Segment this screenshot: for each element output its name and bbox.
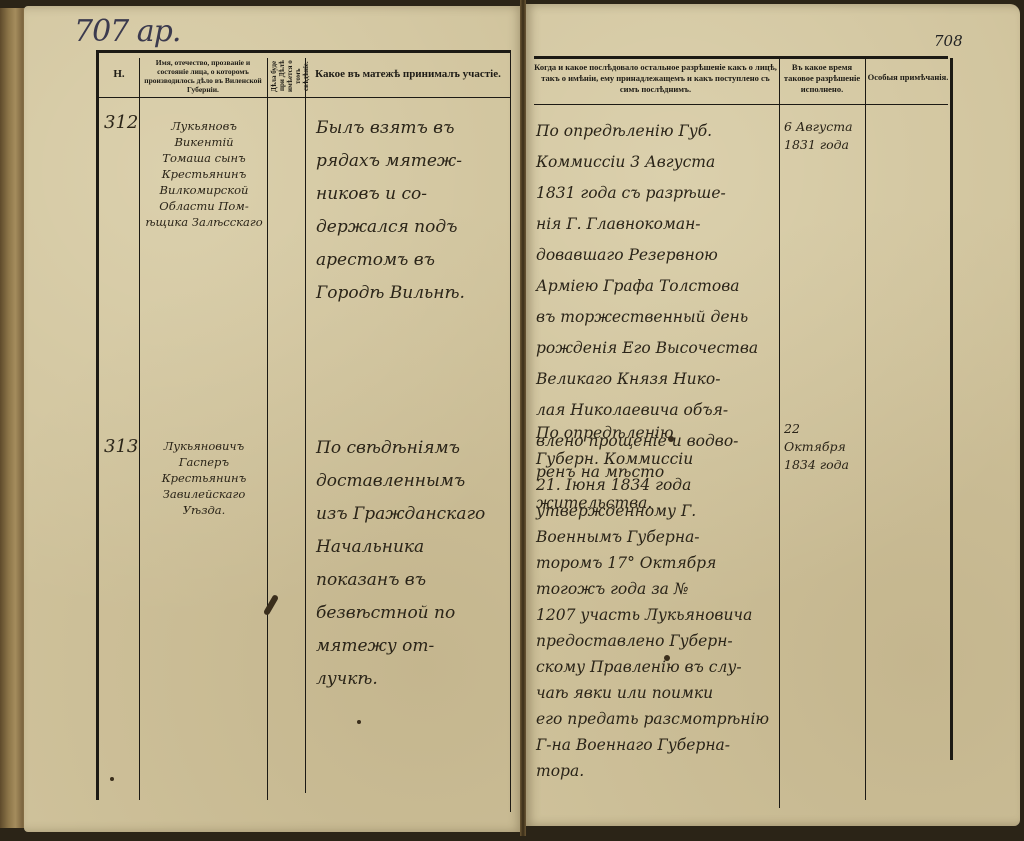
ink-dot bbox=[668, 436, 674, 442]
header-remarks: Особыя примѣчанiя. bbox=[867, 72, 949, 83]
row-312-participation: Былъ взятъ въ рядахъ мятеж- никовъ и со-… bbox=[316, 112, 510, 310]
header-decision: Когда и какое послѣдовало остальное разр… bbox=[534, 62, 777, 95]
col-divider-4 bbox=[779, 58, 780, 808]
ink-dot bbox=[664, 655, 670, 661]
folio-number-left: 707 ap. bbox=[74, 14, 180, 49]
book-gutter bbox=[520, 0, 526, 836]
header-bottom-rule-right bbox=[534, 104, 948, 105]
header-number: Н. bbox=[100, 68, 138, 81]
row-312-person: Лукьяновъ Викентiй Томаша сынъ Крестьяни… bbox=[142, 118, 266, 230]
header-case-info: Дѣла буде при Дѣлѣ имѣется о томъ свѣдѣн… bbox=[270, 56, 302, 96]
ink-dot bbox=[357, 720, 361, 724]
row-312-executed-when: 6 Августа 1831 года bbox=[784, 118, 864, 154]
header-executed-when: Въ какое время таковое разрѣшенiе исполн… bbox=[781, 62, 863, 95]
ink-dot bbox=[110, 777, 114, 781]
col-divider-3 bbox=[305, 58, 306, 793]
row-312-number: 312 bbox=[104, 112, 138, 133]
header-person: Имя, отечество, прозванiе и состоянiе ли… bbox=[142, 58, 264, 94]
row-313-person: Лукьяновичъ Гасперъ Крестьянинъ Завилейс… bbox=[142, 438, 266, 518]
row-313-number: 313 bbox=[104, 436, 138, 457]
col-divider-1 bbox=[139, 58, 140, 800]
header-top-rule-left bbox=[98, 50, 510, 53]
row-313-decision: По опредѣленiю Губерн. Коммиссiи 21. Iюн… bbox=[536, 420, 779, 784]
folio-number-right: 708 bbox=[934, 32, 963, 50]
ledger-spread: 707 ap. 708 Н. Имя, отечество, прозванiе… bbox=[0, 0, 1024, 841]
header-bottom-rule-left bbox=[98, 97, 510, 98]
right-outer-border bbox=[950, 58, 953, 760]
row-313-executed-when: 22 Октября 1834 года bbox=[784, 420, 864, 474]
col-divider-5 bbox=[865, 58, 866, 800]
header-top-rule-right bbox=[534, 56, 948, 59]
col-divider-2 bbox=[267, 58, 268, 800]
left-inner-border bbox=[510, 50, 511, 812]
row-313-participation: По свѣдѣнiямъ доставленнымъ изъ Гражданс… bbox=[316, 432, 510, 696]
left-outer-border bbox=[96, 50, 99, 800]
header-participation: Какое въ матежѣ принималъ участiе. bbox=[308, 68, 508, 81]
